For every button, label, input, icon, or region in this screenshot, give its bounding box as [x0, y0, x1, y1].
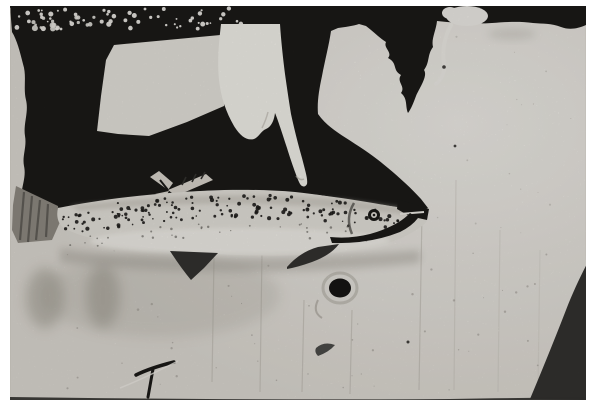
film-grain — [10, 6, 586, 400]
photo — [0, 0, 600, 409]
photograph-svg — [0, 0, 600, 409]
